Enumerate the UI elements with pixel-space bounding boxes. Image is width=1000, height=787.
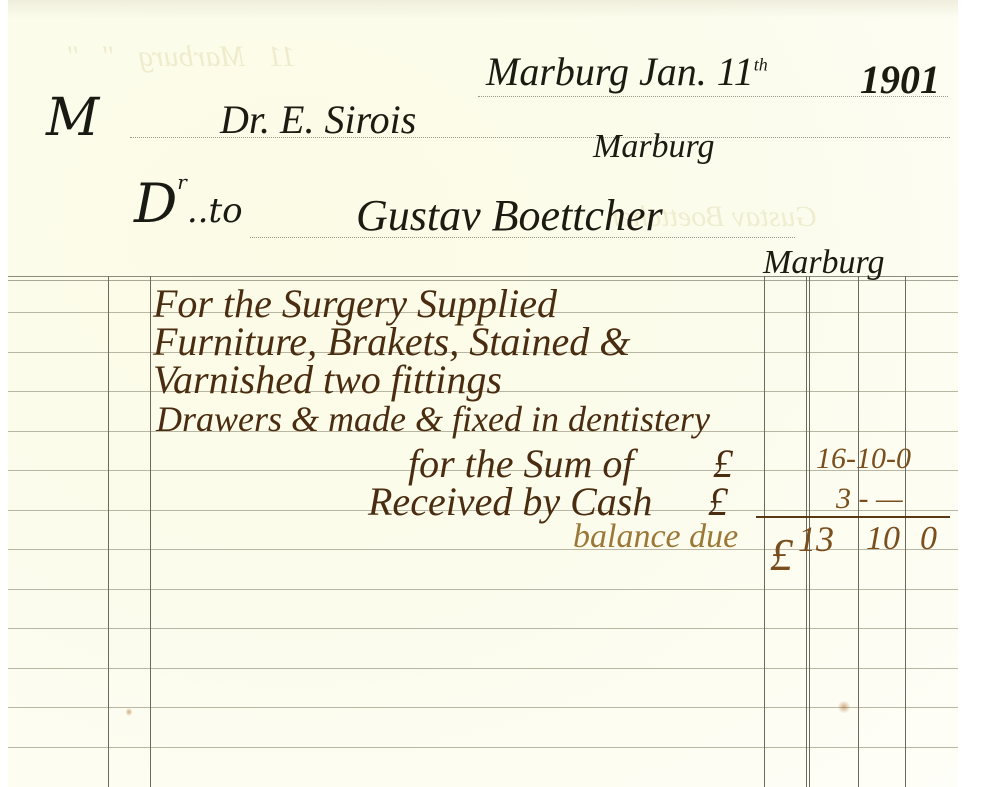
printed-Dr-sup: r <box>177 170 187 194</box>
creditor-name: Gustav Boettcher <box>356 190 663 241</box>
printed-M: M <box>46 88 99 148</box>
invoice-paper: 11 Marburg " " Gustav Boettcher M Dr. E.… <box>8 0 958 787</box>
place-date-text: Marburg Jan. 11 <box>486 49 754 94</box>
pence-column-line <box>905 276 906 787</box>
printed-Dr-to: Dr..to <box>134 172 243 235</box>
place-date: Marburg Jan. 11th <box>486 48 768 95</box>
ink-stain <box>126 707 132 717</box>
body-line-4: Drawers & made & fixed in dentistery <box>156 398 710 440</box>
year: 1901 <box>860 56 940 103</box>
balance-pence: 0 <box>920 520 937 558</box>
creditor-town: Marburg <box>763 244 885 282</box>
entry-amount-received: 3 - — <box>836 482 903 516</box>
paper-fold-shadow <box>8 0 958 18</box>
balance-label: balance due <box>573 518 738 556</box>
ref-column-line <box>764 276 765 787</box>
addressee-town: Marburg <box>593 128 715 166</box>
body-line-3: Varnished two fittings <box>153 356 502 403</box>
margin-column-line <box>150 276 151 787</box>
addressee-name: Dr. E. Sirois <box>220 96 416 143</box>
balance-shillings: 10 <box>866 520 900 558</box>
ink-stain <box>838 700 850 714</box>
date-column-line <box>108 276 109 787</box>
balance-currency: £ <box>770 528 793 581</box>
shillings-column-line <box>858 276 859 787</box>
date-suffix: th <box>754 55 768 75</box>
balance-pounds: 13 <box>798 518 834 560</box>
printed-Dr: D <box>134 172 177 235</box>
total-rule <box>756 516 950 518</box>
bleed-through-text: 11 Marburg " " <box>68 40 296 74</box>
printed-to: ..to <box>187 191 243 231</box>
entry-amount-sum: 16-10-0 <box>816 442 911 476</box>
